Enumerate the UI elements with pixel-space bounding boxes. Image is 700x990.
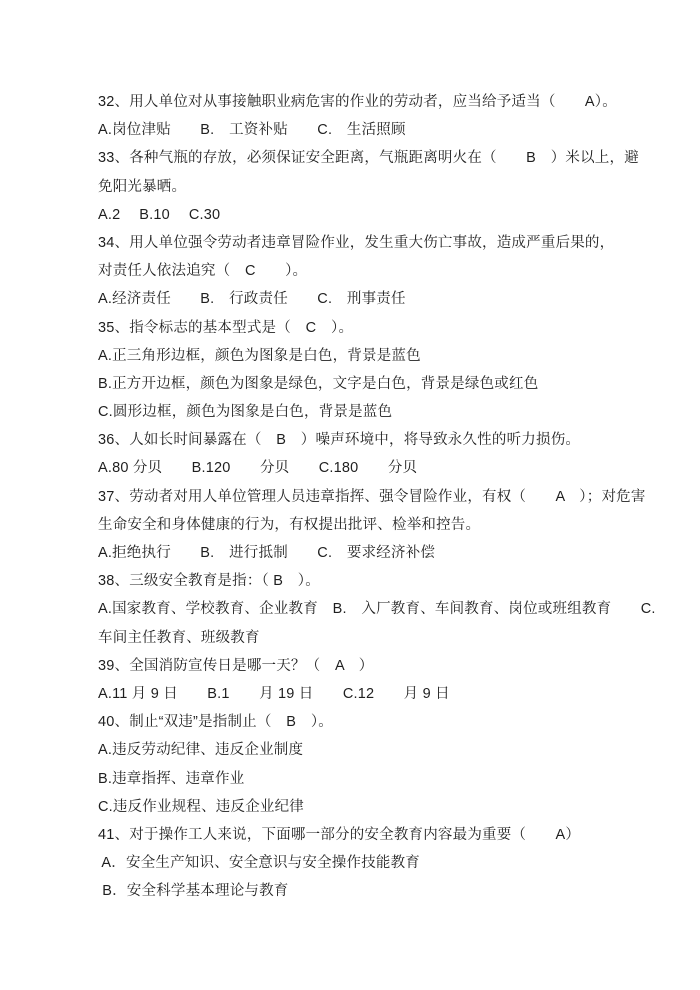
question-36: 36、人如长时间暴露在（ B ）噪声环境中，将导致永久性的听力损伤。 A.80 … xyxy=(98,426,658,482)
document-body: 32、用人单位对从事接触职业病危害的作业的劳动者，应当给予适当（ A）。 A.岗… xyxy=(98,88,658,905)
question-35-text: 35、指令标志的基本型式是（ C ）。 xyxy=(98,314,658,342)
question-37-text: 37、劳动者对用人单位管理人员违章指挥、强令冒险作业，有权（ A ）；对危害 xyxy=(98,483,658,511)
question-38: 38、三级安全教育是指：（ B ）。 A.国家教育、学校教育、企业教育 B. 入… xyxy=(98,567,658,652)
question-35-option-b: B.正方开边框，颜色为图象是绿色，文字是白色，背景是绿色或红色 xyxy=(98,370,658,398)
question-36-options: A.80 分贝 B.120 分贝 C.180 分贝 xyxy=(98,454,658,482)
question-38-options: A.国家教育、学校教育、企业教育 B. 入厂教育、车间教育、岗位或班组教育 C. xyxy=(98,595,658,623)
question-37-text-wrap: 生命安全和身体健康的行为，有权提出批评、检举和控告。 xyxy=(98,511,658,539)
question-41-option-a: A．安全生产知识、安全意识与安全操作技能教育 xyxy=(98,849,658,877)
question-35-option-a: A.正三角形边框，颜色为图象是白色，背景是蓝色 xyxy=(98,342,658,370)
question-32-options: A.岗位津贴 B. 工资补贴 C. 生活照顾 xyxy=(98,116,658,144)
question-39-text: 39、全国消防宣传日是哪一天？（ A ） xyxy=(98,652,658,680)
question-34-text-wrap: 对责任人依法追究（ C ）。 xyxy=(98,257,658,285)
question-40-option-a: A.违反劳动纪律、违反企业制度 xyxy=(98,736,658,764)
question-41-text: 41、对于操作工人来说，下面哪一部分的安全教育内容最为重要（ A） xyxy=(98,821,658,849)
question-40: 40、制止“双违”是指制止（ B ）。 A.违反劳动纪律、违反企业制度 B.违章… xyxy=(98,708,658,821)
question-37-options: A.拒绝执行 B. 进行抵制 C. 要求经济补偿 xyxy=(98,539,658,567)
question-33-options: A.2 B.10 C.30 xyxy=(98,201,658,229)
question-37: 37、劳动者对用人单位管理人员违章指挥、强令冒险作业，有权（ A ）；对危害 生… xyxy=(98,483,658,568)
document-page: 32、用人单位对从事接触职业病危害的作业的劳动者，应当给予适当（ A）。 A.岗… xyxy=(0,0,700,990)
question-40-option-c: C.违反作业规程、违反企业纪律 xyxy=(98,793,658,821)
question-32-text: 32、用人单位对从事接触职业病危害的作业的劳动者，应当给予适当（ A）。 xyxy=(98,88,658,116)
question-38-options-wrap: 车间主任教育、班级教育 xyxy=(98,624,658,652)
question-41: 41、对于操作工人来说，下面哪一部分的安全教育内容最为重要（ A） A．安全生产… xyxy=(98,821,658,906)
question-33: 33、各种气瓶的存放，必须保证安全距离，气瓶距离明火在（ B ）米以上，避 免阳… xyxy=(98,144,658,229)
question-41-option-b: B．安全科学基本理论与教育 xyxy=(98,877,658,905)
question-34-options: A.经济责任 B. 行政责任 C. 刑事责任 xyxy=(98,285,658,313)
question-40-option-b: B.违章指挥、违章作业 xyxy=(98,765,658,793)
question-40-text: 40、制止“双违”是指制止（ B ）。 xyxy=(98,708,658,736)
question-34-text: 34、用人单位强令劳动者违章冒险作业，发生重大伤亡事故，造成严重后果的， xyxy=(98,229,658,257)
question-33-text-wrap: 免阳光暴晒。 xyxy=(98,173,658,201)
question-35-option-c: C.圆形边框，颜色为图象是白色，背景是蓝色 xyxy=(98,398,658,426)
question-39: 39、全国消防宣传日是哪一天？（ A ） A.11 月 9 日 B.1 月 19… xyxy=(98,652,658,708)
question-33-text: 33、各种气瓶的存放，必须保证安全距离，气瓶距离明火在（ B ）米以上，避 xyxy=(98,144,658,172)
question-32: 32、用人单位对从事接触职业病危害的作业的劳动者，应当给予适当（ A）。 A.岗… xyxy=(98,88,658,144)
question-35: 35、指令标志的基本型式是（ C ）。 A.正三角形边框，颜色为图象是白色，背景… xyxy=(98,314,658,427)
question-34: 34、用人单位强令劳动者违章冒险作业，发生重大伤亡事故，造成严重后果的， 对责任… xyxy=(98,229,658,314)
question-39-options: A.11 月 9 日 B.1 月 19 日 C.12 月 9 日 xyxy=(98,680,658,708)
question-38-text: 38、三级安全教育是指：（ B ）。 xyxy=(98,567,658,595)
question-36-text: 36、人如长时间暴露在（ B ）噪声环境中，将导致永久性的听力损伤。 xyxy=(98,426,658,454)
